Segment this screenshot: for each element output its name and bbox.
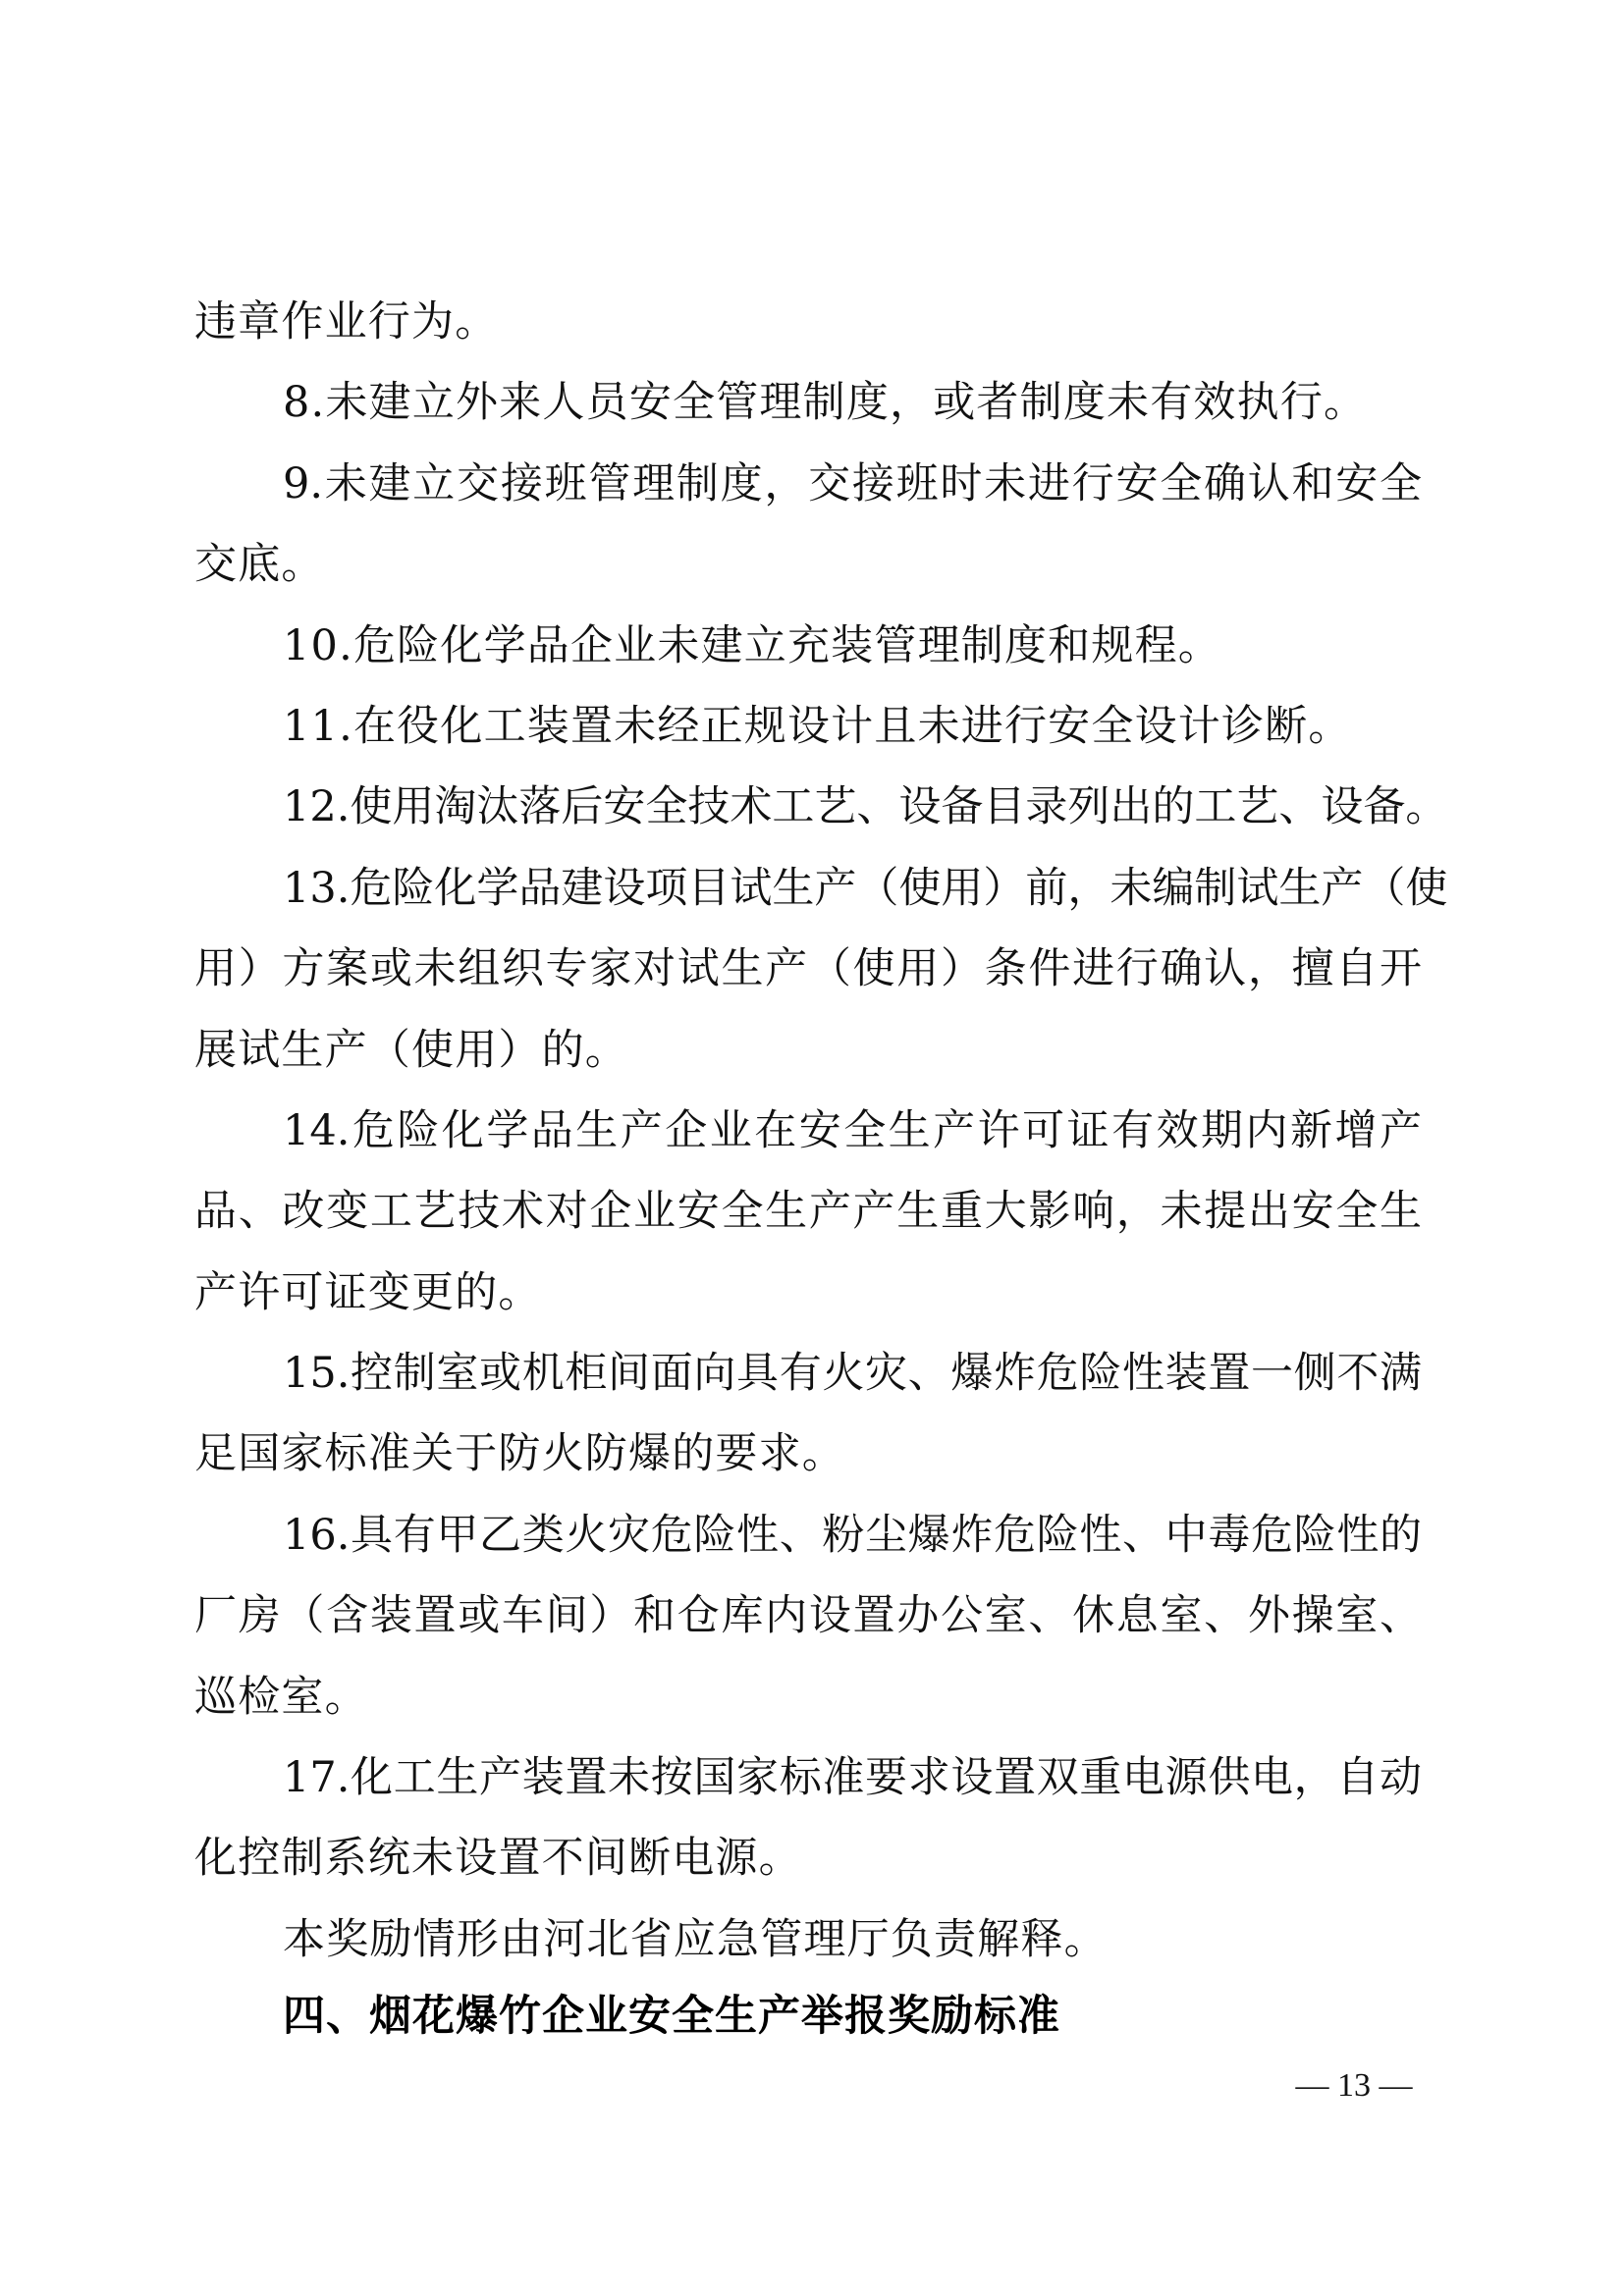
list-item-14: 14.危险化学品生产企业在安全生产许可证有效期内新增产 [194, 1091, 1422, 1171]
list-item-17: 17.化工生产装置未按国家标准要求设置双重电源供电，自动 [194, 1737, 1422, 1818]
list-item-8: 8.未建立外来人员安全管理制度，或者制度未有效执行。 [194, 362, 1422, 443]
list-item-11: 11.在役化工装置未经正规设计且未进行安全设计诊断。 [194, 686, 1422, 767]
paragraph-line: 展试生产（使用）的。 [194, 1010, 1422, 1091]
list-item-13: 13.危险化学品建设项目试生产（使用）前，未编制试生产（使 [194, 848, 1422, 929]
interpretation-note: 本奖励情形由河北省应急管理厅负责解释。 [194, 1899, 1422, 1980]
list-item-16: 16.具有甲乙类火灾危险性、粉尘爆炸危险性、中毒危险性的 [194, 1495, 1422, 1575]
paragraph-line: 交底。 [194, 524, 1422, 605]
paragraph-line: 厂房（含装置或车间）和仓库内设置办公室、休息室、外操室、 [194, 1575, 1422, 1656]
document-page: 违章作业行为。 8.未建立外来人员安全管理制度，或者制度未有效执行。 9.未建立… [0, 0, 1624, 2296]
body-text: 违章作业行为。 8.未建立外来人员安全管理制度，或者制度未有效执行。 9.未建立… [194, 282, 1422, 2056]
paragraph-line: 化控制系统未设置不间断电源。 [194, 1818, 1422, 1898]
paragraph-line: 产许可证变更的。 [194, 1253, 1422, 1333]
paragraph-line: 违章作业行为。 [194, 282, 1422, 362]
section-heading: 四、烟花爆竹企业安全生产举报奖励标准 [194, 1977, 1422, 2056]
paragraph-line: 用）方案或未组织专家对试生产（使用）条件进行确认，擅自开 [194, 929, 1422, 1009]
list-item-15: 15.控制室或机柜间面向具有火灾、爆炸危险性装置一侧不满 [194, 1333, 1422, 1414]
paragraph-line: 足国家标准关于防火防爆的要求。 [194, 1414, 1422, 1494]
list-item-9: 9.未建立交接班管理制度，交接班时未进行安全确认和安全 [194, 444, 1422, 524]
list-item-10: 10.危险化学品企业未建立充装管理制度和规程。 [194, 606, 1422, 686]
page-number: — 13 — [1276, 2065, 1432, 2107]
list-item-12: 12.使用淘汰落后安全技术工艺、设备目录列出的工艺、设备。 [194, 767, 1422, 847]
paragraph-line: 品、改变工艺技术对企业安全生产产生重大影响，未提出安全生 [194, 1171, 1422, 1252]
paragraph-line: 巡检室。 [194, 1657, 1422, 1737]
